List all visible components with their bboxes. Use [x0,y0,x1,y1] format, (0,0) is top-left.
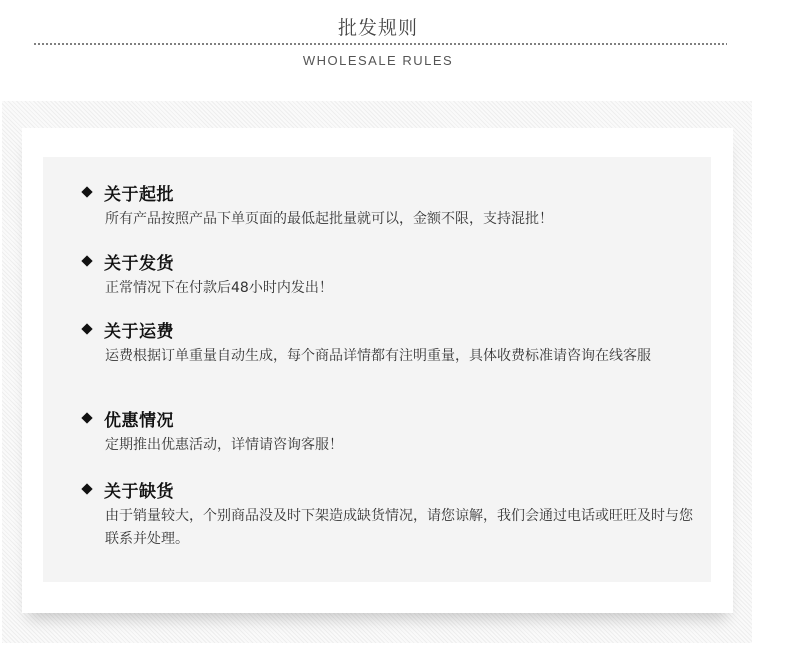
rule-heading: 关于运费 [80,317,700,341]
rule-out-of-stock: 关于缺货 由于销量较大，个别商品没及时下架造成缺货情况，请您谅解，我们会通过电话… [80,477,700,551]
diamond-bullet-icon [81,323,92,334]
page-title-cn: 批发规则 [0,13,756,40]
rule-heading-text: 关于运费 [104,317,174,342]
rule-body-text: 由于销量较大，个别商品没及时下架造成缺货情况，请您谅解，我们会通过电话或旺旺及时… [105,505,695,551]
rule-body-text: 定期推出优惠活动，详情请咨询客服！ [105,434,695,457]
rule-shipping-fee: 关于运费 运费根据订单重量自动生成，每个商品详情都有注明重量，具体收费标准请咨询… [80,317,700,368]
diamond-bullet-icon [81,483,92,494]
diamond-bullet-icon [81,412,92,423]
page-title-en: WHOLESALE RULES [0,53,756,68]
rule-body-text: 运费根据订单重量自动生成，每个商品详情都有注明重量，具体收费标准请咨询在线客服 [105,345,695,368]
rule-heading-text: 优惠情况 [104,406,174,431]
rule-heading: 关于缺货 [80,477,700,501]
dotted-divider [33,43,727,45]
rule-heading-text: 关于缺货 [104,477,174,502]
rule-heading: 关于发货 [80,249,700,273]
rule-heading: 优惠情况 [80,406,700,430]
rule-shipping: 关于发货 正常情况下在付款后48小时内发出！ [80,249,700,300]
diamond-bullet-icon [81,186,92,197]
rule-discounts: 优惠情况 定期推出优惠活动，详情请咨询客服！ [80,406,700,457]
rule-heading-text: 关于起批 [104,180,174,205]
rule-heading: 关于起批 [80,180,700,204]
diamond-bullet-icon [81,255,92,266]
rule-body-text: 正常情况下在付款后48小时内发出！ [105,277,695,300]
rule-heading-text: 关于发货 [104,249,174,274]
rule-minimum-order: 关于起批 所有产品按照产品下单页面的最低起批量就可以，金额不限，支持混批！ [80,180,700,231]
rule-body-text: 所有产品按照产品下单页面的最低起批量就可以，金额不限，支持混批！ [105,208,695,231]
